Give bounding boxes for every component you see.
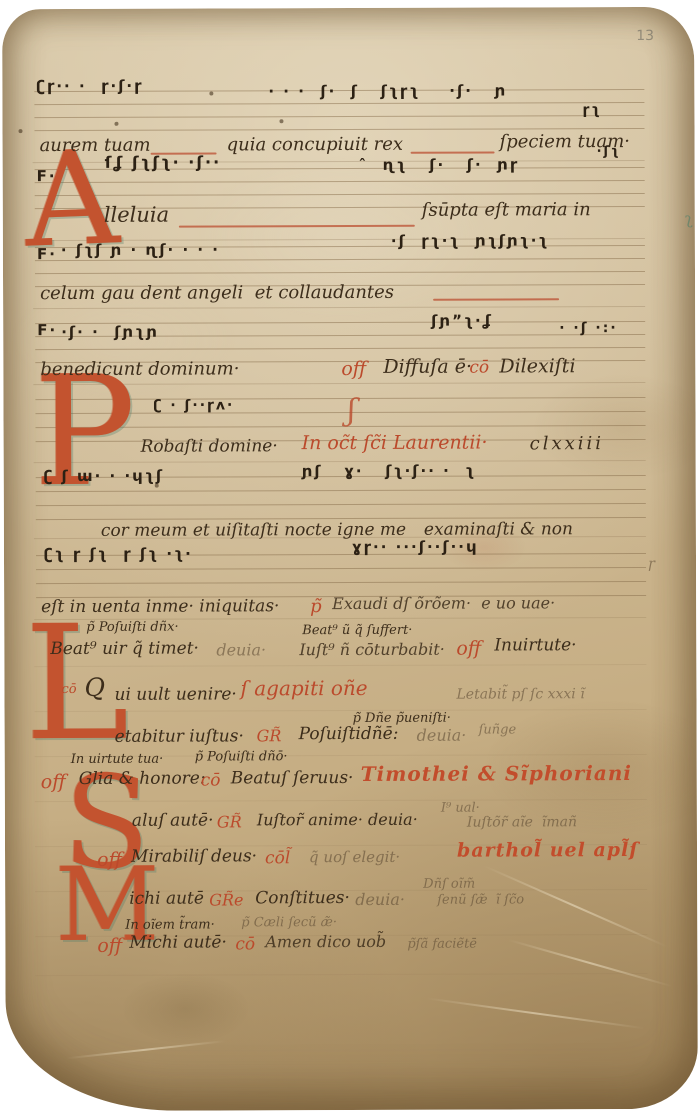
chant-text: etabitur iuſtus·: [115, 728, 244, 745]
chant-text: Iuſtor̃ anime· deuia·: [257, 812, 418, 829]
rubric: cōl̃: [265, 850, 290, 867]
staff-line: [36, 581, 646, 584]
neume-cluster: ɲʃ ɣ· ʃʅ·ʃ·· · ʅ: [302, 464, 477, 480]
chant-text: Beatuſ ſeruus·: [231, 770, 354, 787]
chant-text: quia concupiuit rex: [227, 136, 404, 155]
neume-cluster: ·ʃʅ: [597, 145, 621, 158]
staff-line: [35, 193, 645, 196]
rubric: off: [341, 360, 366, 379]
neume-cluster: F·: [37, 323, 57, 338]
chant-text: ichi autē: [129, 891, 204, 908]
chant-text: In uirtute tua·: [71, 753, 164, 766]
neume-cluster: · ·ʃ ·:·: [559, 321, 617, 335]
neume-cluster: F·: [37, 247, 57, 262]
chant-text: Inuirtute·: [494, 637, 576, 654]
ruling-line: [35, 973, 647, 976]
staff-line: [35, 271, 645, 274]
neume-cluster: ʗ ʃ ɯ· · ·ɥʅʃ: [44, 469, 164, 484]
faded-text: Letabit̃ pſ ſc xxxi ĩ: [456, 687, 584, 701]
faded-text: ſenũ ſæ̃ ĩ ſc̃o: [437, 893, 524, 906]
chant-text: clxxiii: [530, 435, 604, 453]
rubric: GR̃: [217, 814, 242, 830]
neume-cluster: · ʃʅʃ ɲ · ɳʃ· · · ·: [61, 242, 220, 258]
chant-text: Exaudi dſ õrõem· e uo uae·: [332, 595, 555, 612]
chant-text: In oĩem t̃ram·: [125, 918, 214, 931]
chant-text: p̃ Poſuiſti dñō·: [195, 750, 288, 763]
faded-text: deuia·: [355, 892, 405, 908]
faded-text: deuia·: [216, 642, 266, 658]
ink-speck: [209, 91, 213, 95]
chant-text: Michi autē·: [129, 934, 227, 951]
chant-text: Q: [84, 675, 105, 700]
rubric: ſ agapiti oñe: [240, 678, 367, 698]
pen-trial-mark: ʅ: [685, 211, 693, 227]
ruling-line: [33, 306, 645, 309]
faded-text: ɼ: [648, 557, 655, 571]
staff-line: [36, 567, 646, 570]
faded-text: deuia·: [417, 728, 467, 744]
red-line-filler: [179, 225, 415, 228]
rubric: p̃: [310, 598, 322, 616]
red-line-filler: [411, 151, 495, 153]
neume-cluster: ſʆ ʃʅʃʅ· ·ʃ··: [105, 154, 222, 170]
chant-text: ſsūpta eſt maria in: [422, 201, 591, 220]
rubric: off: [41, 773, 66, 792]
neume-cluster: ɼʅ: [582, 103, 601, 117]
rubric: off: [97, 851, 122, 870]
chant-text: Amen dico uob̃: [265, 934, 386, 950]
chant-text: eſt in uenta inme· iniquitas·: [41, 598, 279, 616]
staff-line: [35, 180, 645, 183]
rubric: off: [456, 640, 481, 659]
rubric: ʃ: [347, 396, 355, 426]
manuscript-page: 13 APLSMaurem tuamquia concupiuit rexſpe…: [2, 7, 698, 1111]
neume-cluster: ʗ · ʃ··ɼʌ·: [153, 398, 234, 412]
neume-cluster: ʗʅ ɼ ʃʅ ɼ ʃʅ ·ʅ·: [44, 547, 193, 563]
faded-text: p̃ Cæli ſecũ æ̃·: [241, 916, 337, 929]
parchment-crease: [508, 939, 672, 987]
faded-text: ſuñge: [479, 723, 517, 736]
rubric: In oc̃t ſc̃i Laurentii·: [302, 434, 488, 454]
rubric: cō: [469, 360, 489, 377]
parchment-crease: [426, 997, 644, 1029]
rubric: cō: [61, 683, 76, 696]
faded-text: p̃ſã faciẽtē: [407, 938, 477, 951]
neume-cluster: ·ʃ· · ʃɲʅɲ: [61, 325, 159, 340]
rubric: off: [97, 937, 122, 956]
chant-text: Beat⁹ uir q̃ timet·: [50, 641, 199, 659]
chant-text: benedicunt dominum·: [40, 360, 239, 379]
neume-cluster: F·: [37, 169, 57, 184]
chant-text: aluſ autē·: [132, 812, 214, 829]
faded-text: q̃ uoſ elegit·: [309, 850, 400, 865]
chant-text: Dilexiſti: [499, 357, 575, 376]
neume-cluster: · · · ʃ· ʃ ʃʅɼʅ ·ʃ· ɲ: [268, 83, 507, 99]
neume-cluster: ʃɲˮʅ·ʆ: [431, 313, 493, 328]
chant-text: Poſuiſtidñē:: [299, 726, 399, 743]
chant-text: examinaſti & non: [424, 521, 573, 539]
faded-text: Dñſ oĩm̃: [423, 878, 475, 891]
chant-text: celum gau dent angeli et collaudantes: [40, 284, 394, 303]
chant-text: Diffuſa ē·: [383, 358, 472, 377]
chant-text: Beat⁹ ũ q̃ ſuffert·: [302, 624, 412, 637]
staff-line: [34, 102, 644, 105]
staff-line: [34, 115, 644, 118]
rubric: barthol̃ uel apl̃ſ: [457, 841, 639, 861]
rubric: Timothei & Sĩphoriani: [361, 763, 632, 784]
chant-text: Glia & honore:: [79, 771, 206, 788]
chant-text: Mirabiliſ deus·: [131, 848, 257, 865]
rubric: GR̃e: [209, 892, 243, 908]
faded-text: Iuſtõr̃ aĩe ĩmañ: [467, 815, 577, 829]
rubric: cō: [201, 772, 221, 789]
neume-cluster: ·ʃ ɼʅ·ʅ ɲʅʃɲʅ·ʅ: [391, 233, 550, 249]
manuscript-photo: 13 APLSMaurem tuamquia concupiuit rexſpe…: [0, 0, 700, 1117]
neume-cluster: ʗɼ·· · ɼ·ʃ·ɼ: [36, 79, 143, 94]
faded-text: I⁹ ual·: [441, 802, 480, 815]
neume-cluster: ˆ ɳʅ ʃ· ʃ· ɲɼ: [359, 157, 520, 173]
chant-text: Robaſti domine·: [141, 438, 278, 455]
rubric: cō: [235, 936, 255, 953]
ink-speck: [279, 119, 283, 123]
folio-number: 13: [636, 29, 654, 43]
chant-text: p̃ Poſuiſti dñx·: [86, 621, 178, 634]
parchment-crease: [66, 1040, 225, 1059]
chant-text: Conſtitues·: [255, 890, 350, 907]
chant-text: lleluia: [104, 205, 169, 226]
red-line-filler: [433, 298, 559, 300]
chant-text: ui uult uenire·: [114, 686, 236, 703]
chant-text: Iuſt⁹ ñ cōturbabit·: [299, 642, 445, 659]
neume-cluster: ɣɼ·· ···ʃ··ʃ··ɥ: [352, 540, 479, 555]
rubric: GR̃: [257, 728, 282, 744]
